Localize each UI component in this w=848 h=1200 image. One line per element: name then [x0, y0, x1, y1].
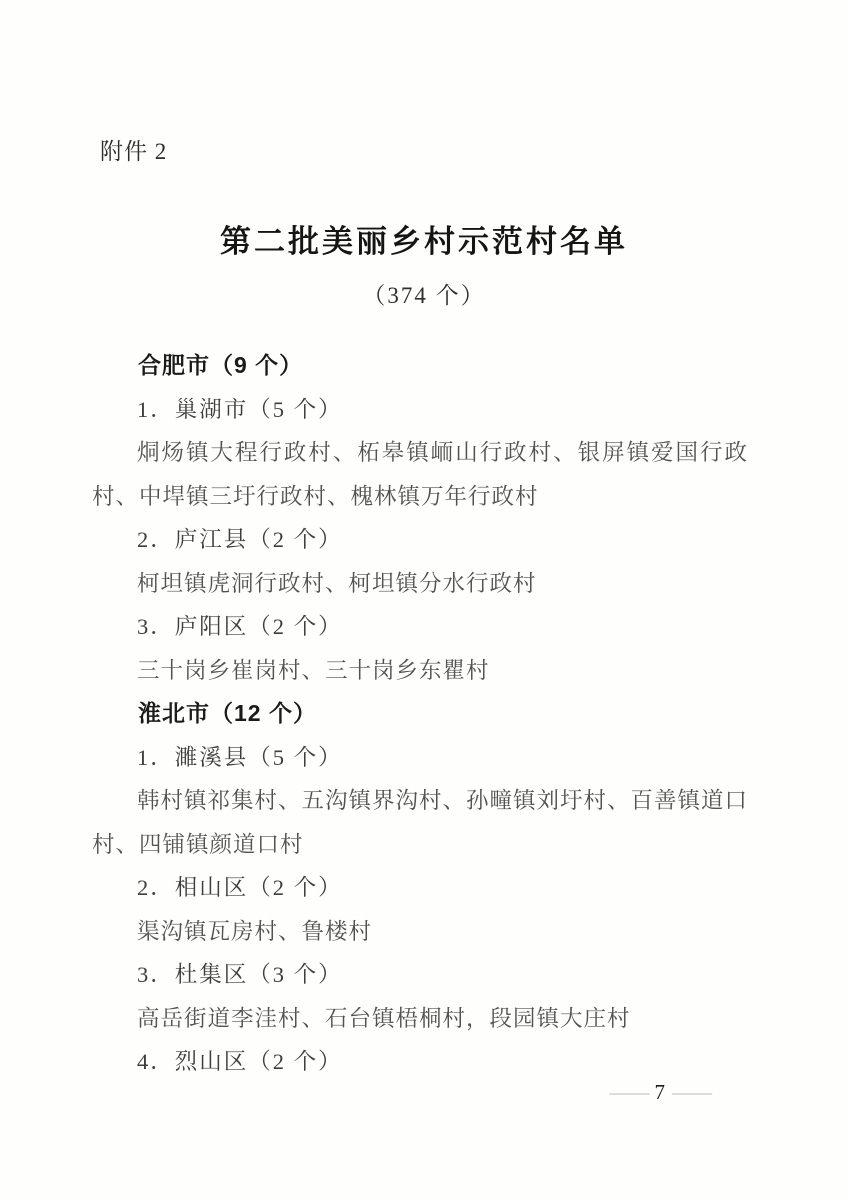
village-list-duji: 高岳街道李洼村、石台镇梧桐村，段园镇大庄村 — [92, 997, 748, 1041]
attachment-label: 附件 2 — [100, 0, 848, 168]
page-number: —— 7 —— — [610, 1080, 711, 1104]
county-heading-chaohu: 1．巢湖市（5 个） — [92, 388, 748, 432]
village-list-chaohu: 烔炀镇大程行政村、柘皋镇峏山行政村、银屏镇爱国行政村、中垾镇三圩行政村、槐林镇万… — [92, 431, 748, 518]
page-number-value: 7 — [655, 1080, 666, 1104]
county-heading-lieshan: 4．烈山区（2 个） — [92, 1040, 748, 1084]
document-body: 合肥市（9 个） 1．巢湖市（5 个） 烔炀镇大程行政村、柘皋镇峏山行政村、银屏… — [0, 344, 848, 1084]
village-list-luyang: 三十岗乡崔岗村、三十岗乡东瞿村 — [92, 649, 748, 693]
document-subtitle: （374 个） — [0, 282, 848, 310]
village-list-xiangshan: 渠沟镇瓦房村、鲁楼村 — [92, 910, 748, 954]
county-heading-xiangshan: 2．相山区（2 个） — [92, 866, 748, 910]
document-page: 附件 2 第二批美丽乡村示范村名单 （374 个） 合肥市（9 个） 1．巢湖市… — [0, 0, 848, 1200]
county-heading-luyang: 3．庐阳区（2 个） — [92, 605, 748, 649]
village-list-lujiang: 柯坦镇虎洞行政村、柯坦镇分水行政村 — [92, 562, 748, 606]
page-number-dash-right: —— — [672, 1080, 710, 1104]
city-heading-hefei: 合肥市（9 个） — [92, 344, 748, 388]
city-heading-huaibei: 淮北市（12 个） — [92, 692, 748, 736]
county-heading-suixi: 1．濉溪县（5 个） — [92, 736, 748, 780]
county-heading-duji: 3．杜集区（3 个） — [92, 953, 748, 997]
document-title: 第二批美丽乡村示范村名单 — [0, 224, 848, 260]
page-number-dash-left: —— — [610, 1080, 648, 1104]
village-list-suixi: 韩村镇祁集村、五沟镇界沟村、孙疃镇刘圩村、百善镇道口村、四铺镇颜道口村 — [92, 779, 748, 866]
county-heading-lujiang: 2．庐江县（2 个） — [92, 518, 748, 562]
